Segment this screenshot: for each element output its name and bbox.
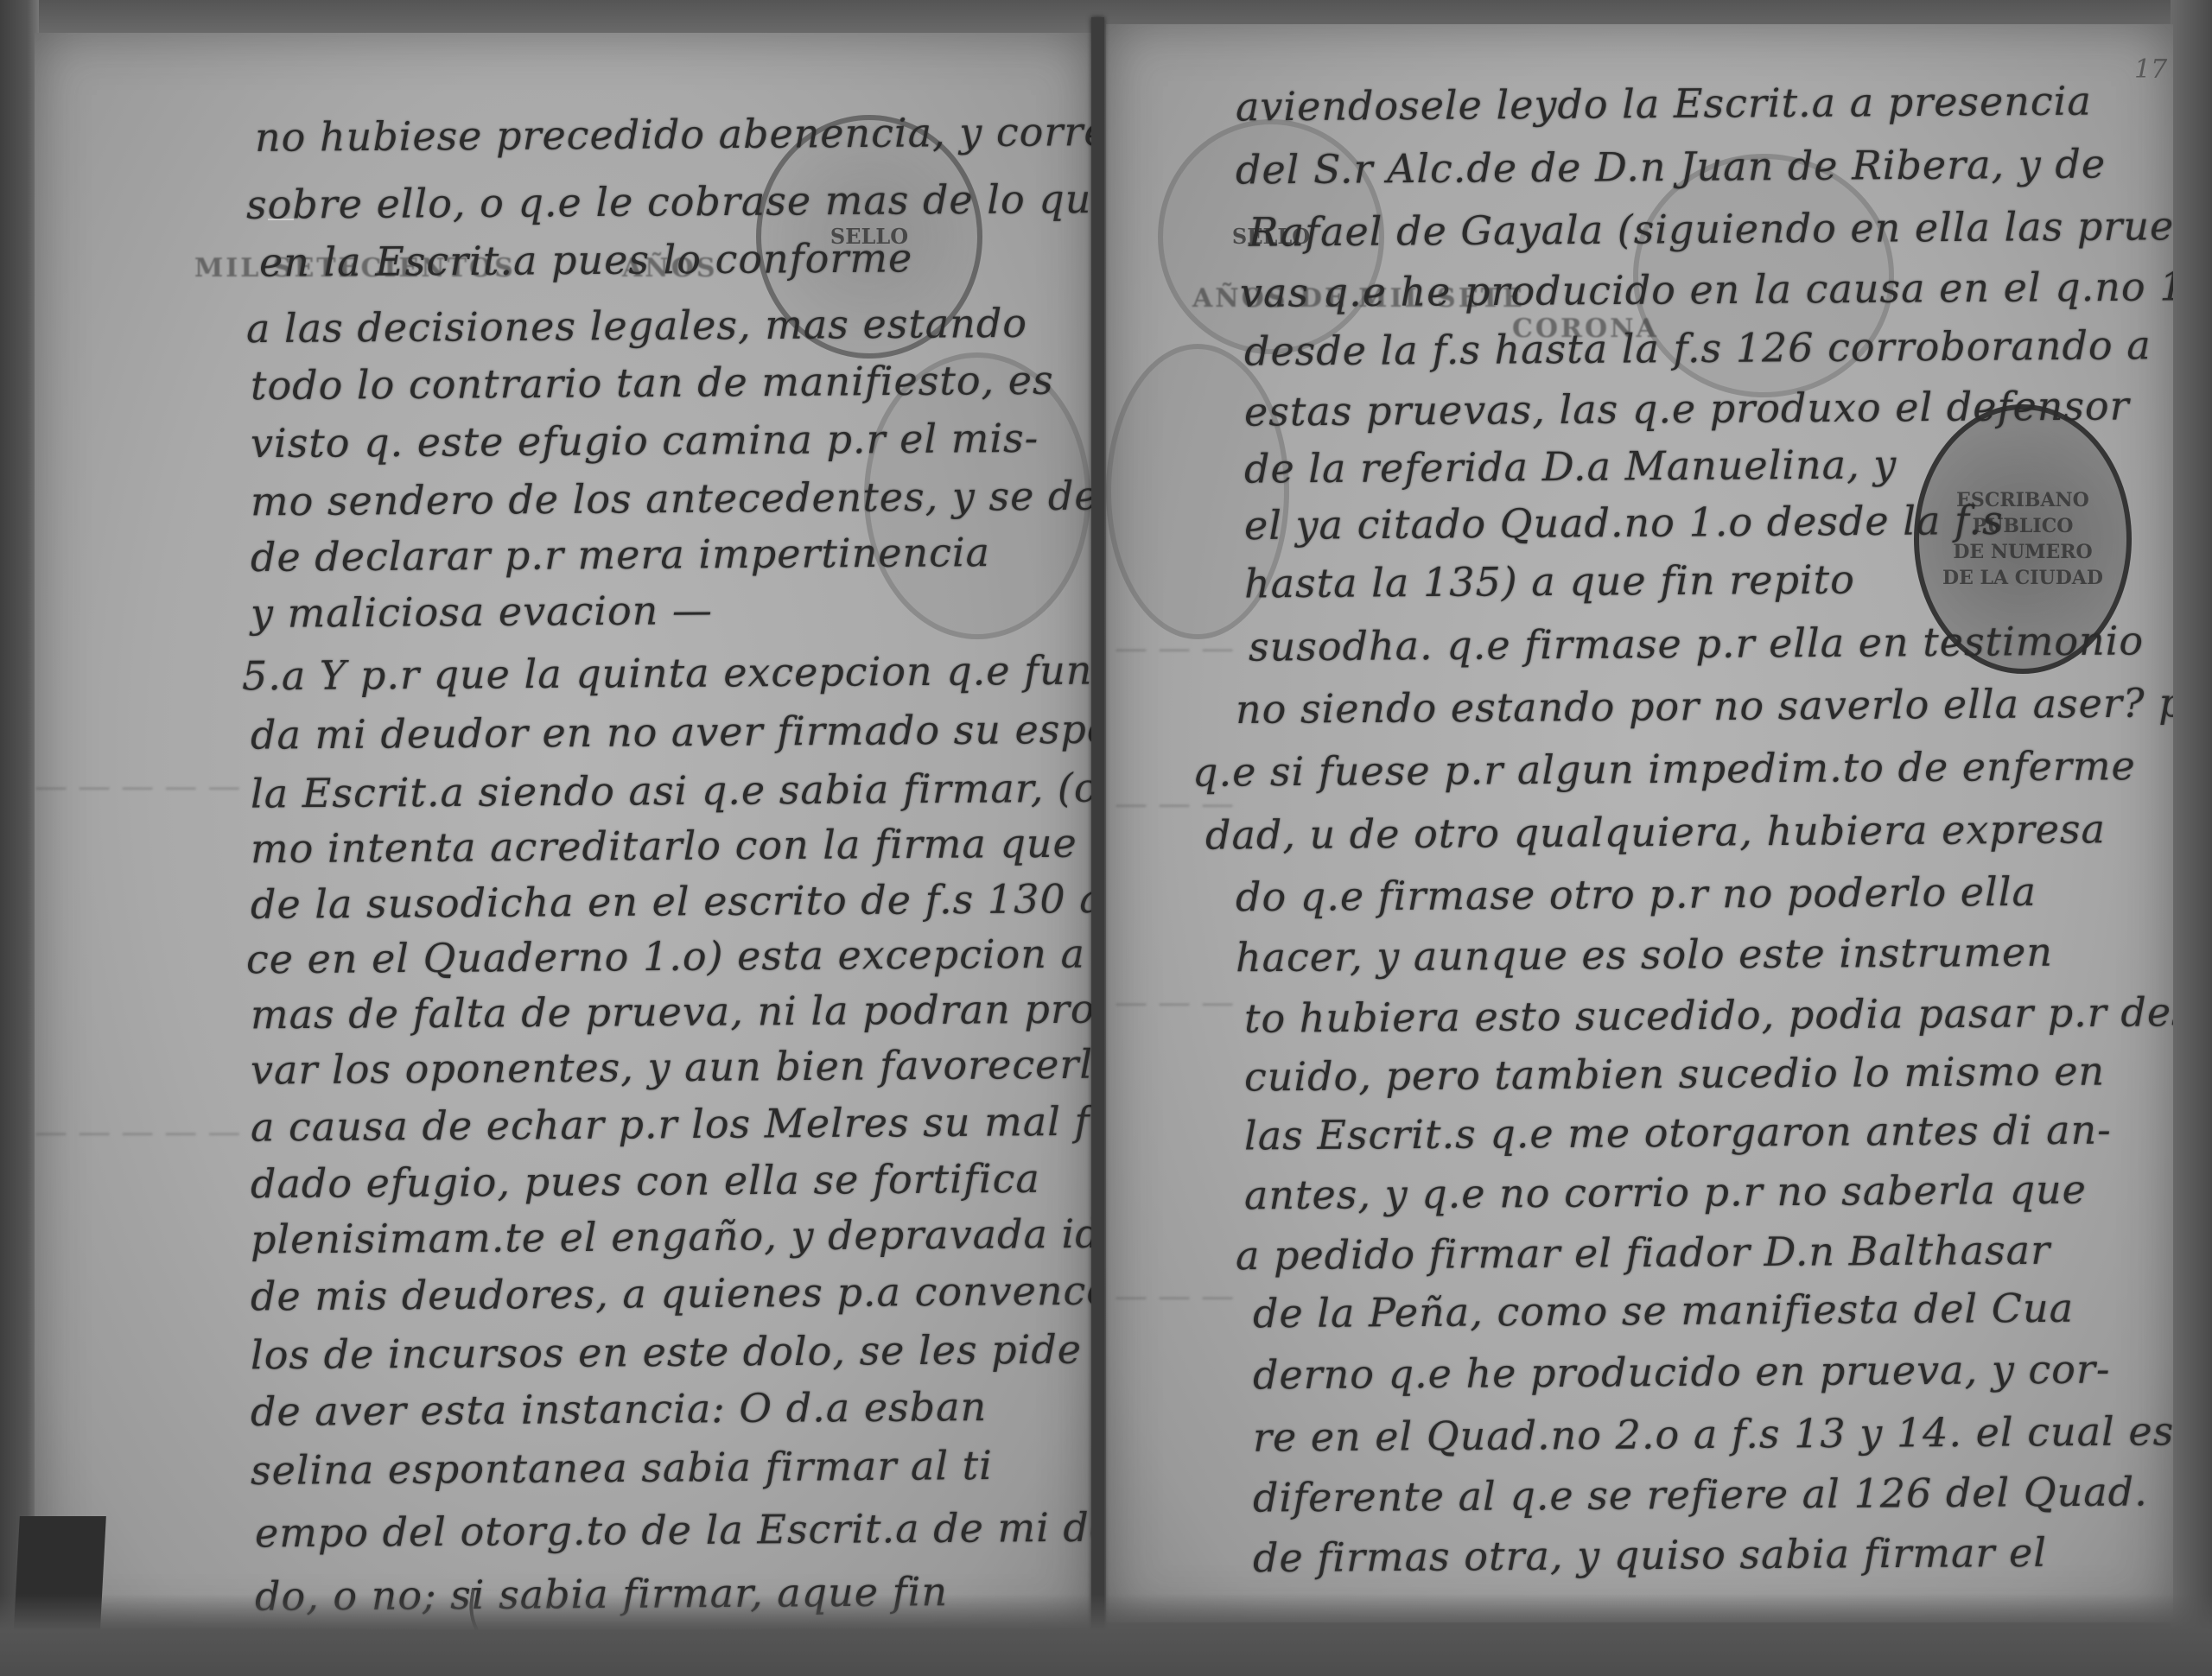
right-page: 17 SELLO ESCRIBANO PUBLICO DE NUMERO DE …: [1106, 24, 2173, 1622]
folio-number: 17: [2134, 54, 2167, 85]
text-line: da mi deudor en no aver firmado su espos…: [251, 705, 1093, 758]
text-line: aviendosele leydo la Escrit.a a presenci…: [1236, 78, 2092, 130]
text-line: selina espontanea sabia firmar al ti: [251, 1442, 993, 1494]
text-line: visto q. este efugio camina p.r el mis-: [251, 415, 1039, 467]
text-line: del S.r Alc.de de D.n Juan de Ribera, y …: [1236, 140, 2106, 193]
manuscript-scan: SELLO MIL SETECIENTOS AÑOS — — — — — — —…: [0, 0, 2212, 1676]
text-line: mas de falta de prueva, ni la podran pro: [251, 986, 1093, 1038]
paper-scratch: [268, 219, 294, 220]
text-line: re en el Quad.no 2.o a f.s 13 y 14. el c…: [1253, 1407, 2173, 1460]
text-line: antes, y q.e no corrio p.r no saberla qu…: [1244, 1166, 2087, 1219]
text-line: a las decisiones legales, mas estando: [246, 300, 1027, 352]
text-line: q.e si fuese p.r algun impedim.to de enf…: [1192, 742, 2136, 796]
text-line: hasta la 135) a que fin repito: [1244, 556, 1855, 607]
text-line: empo del otorg.to de la Escrit.a de mi d…: [255, 1504, 1093, 1557]
text-line: hacer, y aunque es solo este instrumen: [1236, 929, 2053, 981]
bleedthrough-text: — — —: [1115, 983, 1234, 1021]
text-line: el ya citado Quad.no 1.o desde la f.s: [1244, 497, 2004, 549]
text-line: desde la f.s hasta la f.s 126 corroboran…: [1244, 321, 2152, 374]
text-line: no hubiese precedido abenencia, y correc…: [255, 107, 1093, 161]
text-line: ce en el Quaderno 1.o) esta excepcion a: [246, 930, 1085, 983]
text-line: plenisimam.te el engaño, y depravada ide…: [251, 1209, 1093, 1262]
text-line: vas q.e he producido en la causa en el q…: [1240, 263, 2173, 316]
text-line: las Escrit.s q.e me otorgaron antes di a…: [1244, 1106, 2112, 1159]
text-line: derno q.e he producido en prueva, y cor-: [1253, 1346, 2111, 1399]
text-line: los de incursos en este dolo, se les pid…: [251, 1326, 1082, 1379]
text-line: estas pruevas, las q.e produxo el defens…: [1244, 382, 2130, 435]
text-line: sobre ello, o q.e le cobrase mas de lo q…: [246, 175, 1093, 228]
text-line: en la Escrit.a pues lo conforme: [259, 234, 913, 285]
text-line: diferente al q.e se refiere al 126 del Q…: [1253, 1468, 2148, 1520]
book-edge-right: [2171, 0, 2212, 1676]
text-line: de mis deudores, a quienes p.a convencer: [251, 1267, 1093, 1319]
text-line: mo sendero de los antecedentes, y se de: [251, 473, 1093, 525]
text-line: a pedido firmar el fiador D.n Balthasar: [1236, 1227, 2050, 1279]
text-line: y maliciosa evacion —: [251, 587, 713, 637]
text-line: de la referida D.a Manuelina, y: [1244, 441, 1897, 492]
text-line: a causa de echar p.r los Melres su mal f…: [251, 1097, 1093, 1150]
text-line: cuido, pero tambien sucedio lo mismo en: [1244, 1048, 2105, 1101]
book-gutter: [1091, 17, 1104, 1659]
text-line: de firmas otra, y quiso sabia firmar el: [1253, 1529, 2047, 1581]
text-line: Rafael de Gayala (siguiendo en ella las …: [1249, 202, 2173, 255]
text-line: no siendo estando por no saverlo ella as…: [1236, 679, 2173, 733]
text-line: de aver esta instancia: O d.a esban: [251, 1383, 988, 1435]
bleedthrough-text: — — — — —: [35, 767, 240, 805]
text-line: de declarar p.r mera impertinencia: [251, 529, 990, 581]
text-line: todo lo contrario tan de manifiesto, es: [251, 357, 1054, 409]
book-edge-left: [0, 0, 39, 1676]
text-line: de la Peña, como se manifiesta del Cua: [1253, 1285, 2074, 1337]
text-line: to hubiera esto sucedido, podia pasar p.…: [1244, 988, 2173, 1042]
text-line: susodha. q.e firmase p.r ella en testimo…: [1249, 617, 2144, 670]
bleedthrough-text: — — —: [1115, 1277, 1234, 1315]
text-line: dado efugio, pues con ella se fortifica: [251, 1155, 1040, 1207]
text-line: do q.e firmase otro p.r no poderlo ella: [1236, 868, 2037, 920]
bleedthrough-text: — — —: [1115, 629, 1234, 667]
text-line: mo intenta acreditarlo con la firma que: [251, 820, 1077, 873]
text-line: var los oponentes, y aun bien favorecerl…: [251, 1040, 1093, 1093]
text-line: de la susodicha en el escrito de f.s 130…: [251, 874, 1093, 928]
text-line: 5.a Y p.r que la quinta excepcion q.e fu…: [242, 647, 1093, 700]
text-line: la Escrit.a siendo asi q.e sabia firmar,…: [251, 764, 1093, 816]
text-line: dad, u de otro qualquiera, hubiera expre…: [1205, 805, 2106, 858]
bleedthrough-text: — — — — —: [35, 1113, 240, 1151]
left-page: SELLO MIL SETECIENTOS AÑOS — — — — — — —…: [35, 33, 1093, 1631]
scan-bottom-shadow: [0, 1594, 2212, 1676]
